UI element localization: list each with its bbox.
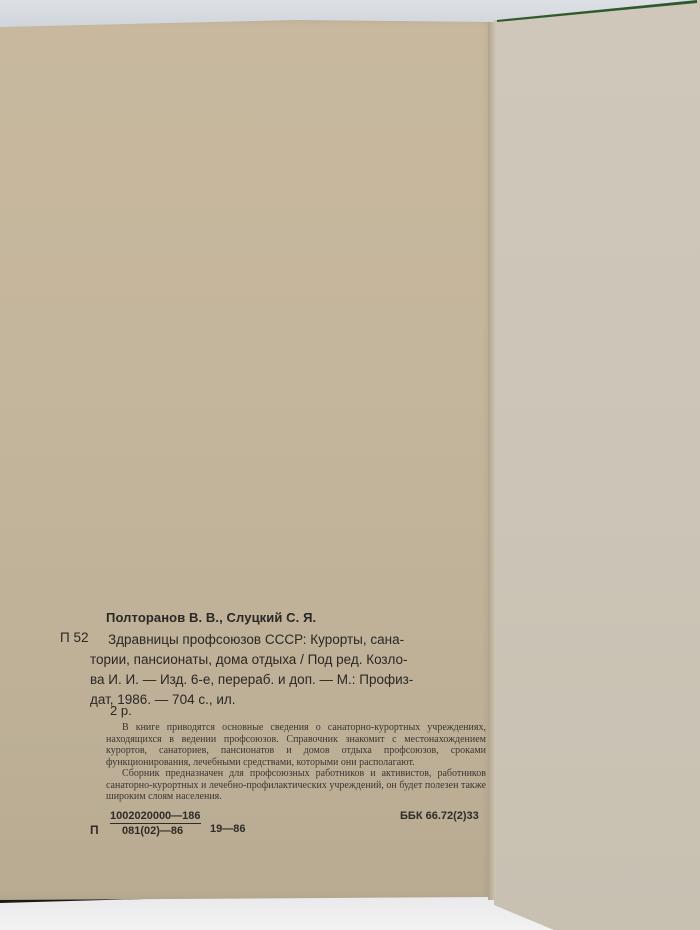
imprint-letter: П <box>90 823 99 837</box>
annotation: В книге приводятся основные сведения о с… <box>106 722 486 803</box>
annotation-paragraph: Сборник предназначен для профсоюзных раб… <box>106 768 486 803</box>
imprint-numerator: 1002020000—186 <box>110 810 201 824</box>
title-line: Здравницы профсоюзов СССР: Курорты, сана… <box>108 630 508 650</box>
book-photo: Полторанов В. В., Слуцкий С. Я. П 52 Здр… <box>0 0 700 930</box>
right-page <box>494 0 700 930</box>
title-line: тории, пансионаты, дома отдыха / Под ред… <box>90 650 508 670</box>
annotation-paragraph: В книге приводятся основные сведения о с… <box>106 722 486 768</box>
imprint: П 1002020000—186 081(02)—86 19—86 ББК 66… <box>90 810 490 850</box>
title-line: ва И. И. — Изд. 6-е, перераб. и доп. — М… <box>90 670 508 690</box>
authors: Полторанов В. В., Слуцкий С. Я. <box>106 610 316 625</box>
catalog-code: П 52 <box>60 630 88 645</box>
imprint-suffix: 19—86 <box>210 823 245 835</box>
title-line: дат, 1986. — 704 с., ил. <box>90 690 508 710</box>
imprint-fraction: 1002020000—186 081(02)—86 <box>110 810 201 837</box>
imprint-denominator: 081(02)—86 <box>110 824 201 837</box>
price: 2 р. <box>110 703 132 718</box>
book-gutter <box>488 22 496 900</box>
bbk-code: ББК 66.72(2)33 <box>400 810 479 822</box>
title-description: Здравницы профсоюзов СССР: Курорты, сана… <box>108 630 508 710</box>
